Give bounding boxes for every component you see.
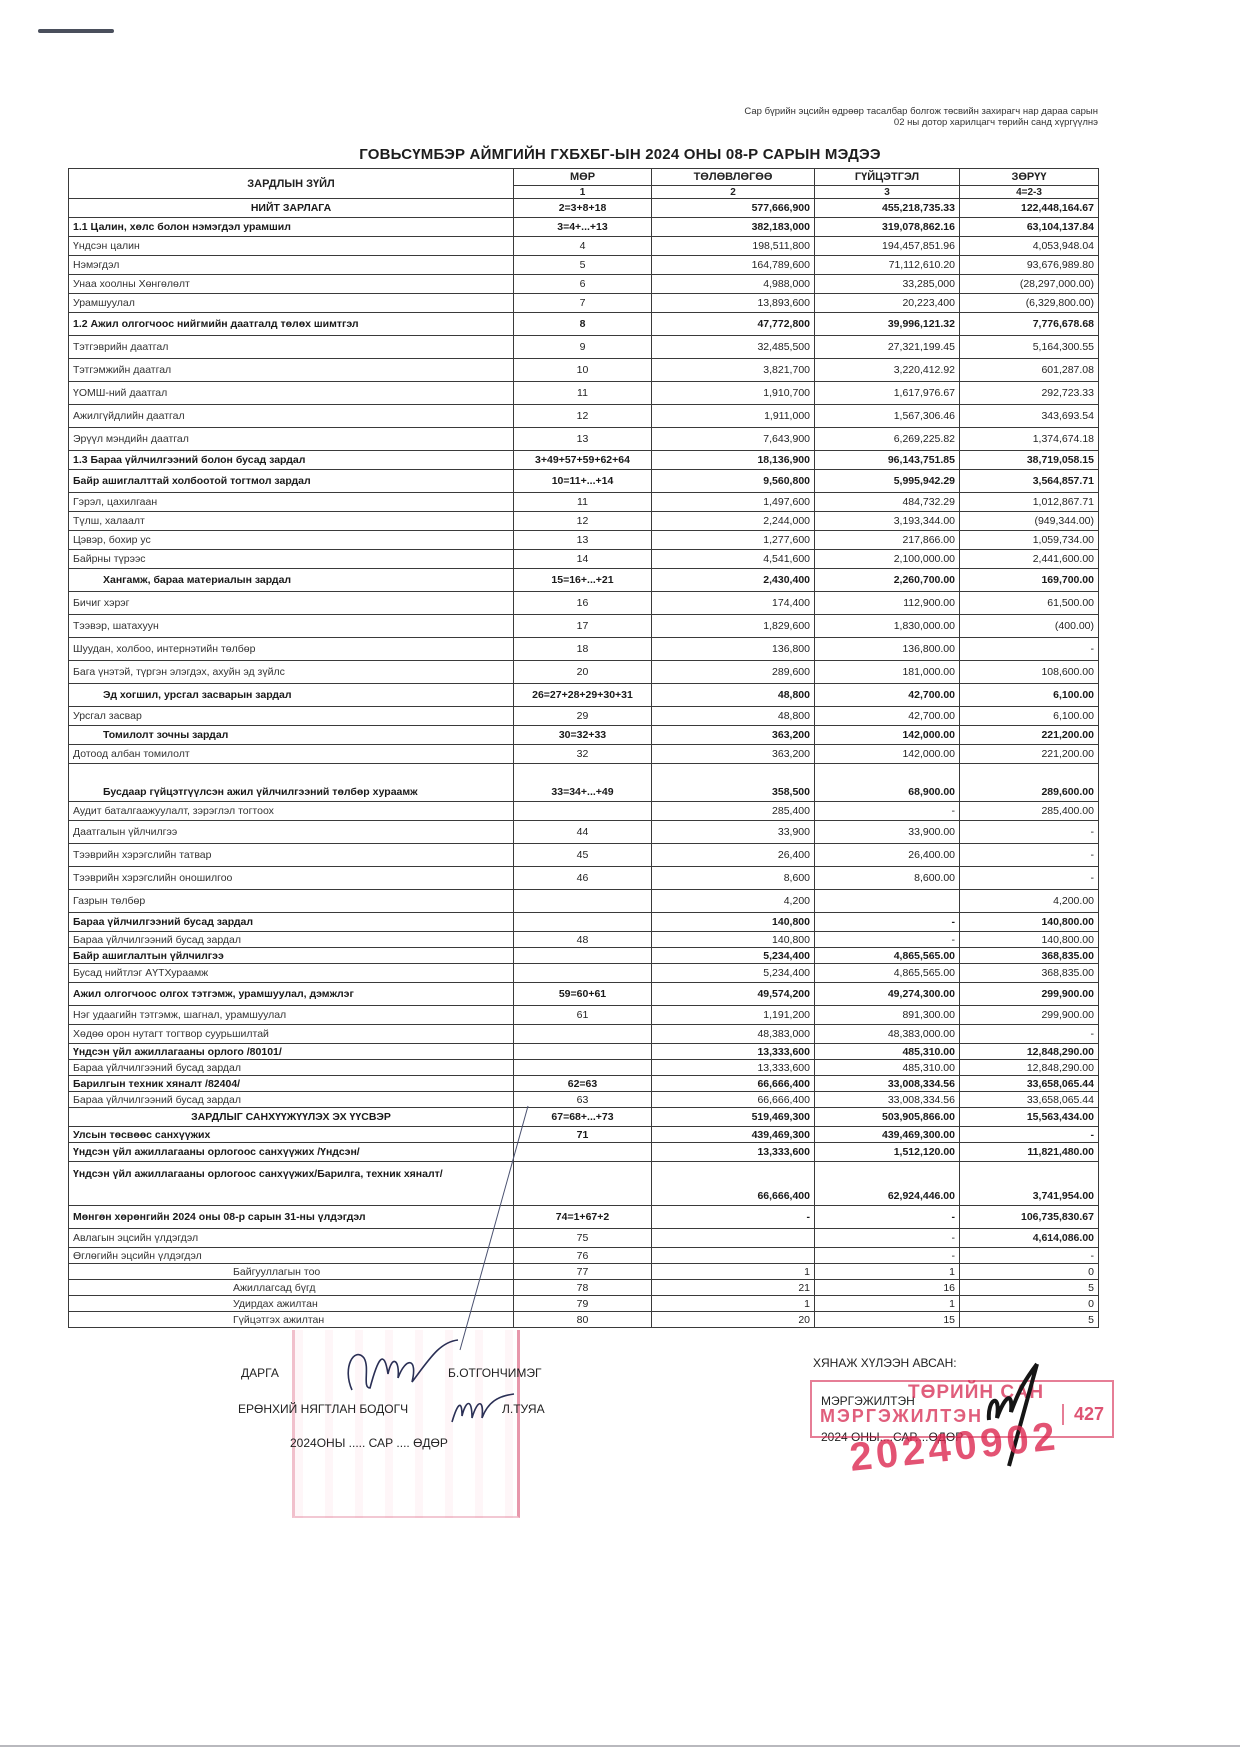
expense-item-cell: Түлш, халаалт: [69, 512, 514, 531]
expense-item-cell: Үндсэн үйл ажиллагааны орлогоос санхүүжи…: [69, 1143, 514, 1162]
row-code-cell: 6: [514, 275, 652, 294]
table-row: Хангамж, бараа материалын зардал15=16+..…: [69, 569, 1099, 592]
row-code-cell: 10=11+...+14: [514, 470, 652, 493]
column-number-1: 1: [514, 186, 652, 199]
note-line-1: Сар бүрийн эцсийн өдрөөр тасалбар болгож…: [744, 106, 1098, 117]
table-row: 1.1 Цалин, хөлс болон нэмэгдэл урамшил3=…: [69, 218, 1099, 237]
plan-cell: 285,400: [652, 802, 815, 821]
column-header-difference: ЗӨРҮҮ: [960, 169, 1099, 186]
plan-cell: [652, 1229, 815, 1248]
difference-cell: 0: [960, 1296, 1099, 1312]
expense-item-cell: Тэтгэврийн даатгал: [69, 336, 514, 359]
difference-cell: 108,600.00: [960, 661, 1099, 684]
row-code-cell: [514, 964, 652, 983]
plan-cell: 5,234,400: [652, 964, 815, 983]
actual-cell: 27,321,199.45: [815, 336, 960, 359]
actual-cell: 142,000.00: [815, 726, 960, 745]
actual-cell: -: [815, 802, 960, 821]
plan-cell: 48,383,000: [652, 1025, 815, 1044]
column-header-row: МӨР: [514, 169, 652, 186]
table-row: Томилолт зочны зардал30=32+33363,200142,…: [69, 726, 1099, 745]
plan-cell: 13,333,600: [652, 1060, 815, 1076]
actual-cell: 1,617,976.67: [815, 382, 960, 405]
column-number-3: 3: [815, 186, 960, 199]
table-row: Ажиллагсад бүгд7821165: [69, 1280, 1099, 1296]
table-row: Аудит баталгаажуулалт, зэрэглэл тогтоох2…: [69, 802, 1099, 821]
table-row: ҮОМШ-ний даатгал111,910,7001,617,976.672…: [69, 382, 1099, 405]
expense-item-cell: Байрны түрээс: [69, 550, 514, 569]
difference-cell: 221,200.00: [960, 745, 1099, 764]
expense-item-cell: Барилгын техник хяналт /82404/: [69, 1076, 514, 1092]
table-row: Нэмэгдэл5164,789,60071,112,610.2093,676,…: [69, 256, 1099, 275]
actual-cell: [815, 890, 960, 913]
difference-cell: (28,297,000.00): [960, 275, 1099, 294]
table-row: Байр ашиглалттай холбоотой тогтмол зарда…: [69, 470, 1099, 493]
column-header-plan: ТӨЛӨВЛӨГӨӨ: [652, 169, 815, 186]
difference-cell: 106,735,830.67: [960, 1206, 1099, 1229]
table-row: Хөдөө орон нутагт тогтвор суурьшилтай48,…: [69, 1025, 1099, 1044]
expense-item-cell: Бусад нийтлэг АҮТХураамж: [69, 964, 514, 983]
plan-cell: 2,430,400: [652, 569, 815, 592]
plan-cell: 1,191,200: [652, 1006, 815, 1025]
plan-cell: -: [652, 1206, 815, 1229]
difference-cell: 285,400.00: [960, 802, 1099, 821]
table-row: Эд хогшил, урсгал засварын зардал26=27+2…: [69, 684, 1099, 707]
table-row: Шуудан, холбоо, интернэтийн төлбөр18136,…: [69, 638, 1099, 661]
expense-item-cell: Авлагын эцсийн үлдэгдэл: [69, 1229, 514, 1248]
difference-cell: (949,344.00): [960, 512, 1099, 531]
plan-cell: 26,400: [652, 844, 815, 867]
difference-cell: 4,200.00: [960, 890, 1099, 913]
expense-item-cell: Байгууллагын тоо: [69, 1264, 514, 1280]
difference-cell: 0: [960, 1264, 1099, 1280]
plan-cell: 164,789,600: [652, 256, 815, 275]
row-code-cell: [514, 948, 652, 964]
difference-cell: 289,600.00: [960, 764, 1099, 802]
expense-item-cell: 1.2 Ажил олгогчоос нийгмийн даатгалд төл…: [69, 313, 514, 336]
plan-cell: 13,333,600: [652, 1044, 815, 1060]
expense-item-cell: Урсгал засвар: [69, 707, 514, 726]
actual-cell: 194,457,851.96: [815, 237, 960, 256]
difference-cell: 5,164,300.55: [960, 336, 1099, 359]
expense-item-cell: Унаа хоолны Хөнгөлөлт: [69, 275, 514, 294]
table-row: Мөнгөн хөрөнгийн 2024 оны 08-р сарын 31-…: [69, 1206, 1099, 1229]
director-title: ДАРГА: [241, 1366, 279, 1380]
row-code-cell: 17: [514, 615, 652, 638]
difference-cell: 3,564,857.71: [960, 470, 1099, 493]
expense-item-cell: Эд хогшил, урсгал засварын зардал: [69, 684, 514, 707]
difference-cell: (400.00): [960, 615, 1099, 638]
table-row: Байр ашиглалтын үйлчилгээ5,234,4004,865,…: [69, 948, 1099, 964]
plan-cell: 47,772,800: [652, 313, 815, 336]
difference-cell: 1,012,867.71: [960, 493, 1099, 512]
actual-cell: 142,000.00: [815, 745, 960, 764]
actual-cell: 319,078,862.16: [815, 218, 960, 237]
table-row: 1.2 Ажил олгогчоос нийгмийн даатгалд төл…: [69, 313, 1099, 336]
note-line-2: 02 ны дотор харилцагч төрийн санд хүргүү…: [744, 117, 1098, 128]
plan-cell: 439,469,300: [652, 1127, 815, 1143]
plan-cell: 289,600: [652, 661, 815, 684]
received-label: ХЯНАЖ ХҮЛЭЭН АВСАН:: [813, 1356, 957, 1370]
actual-cell: 3,220,412.92: [815, 359, 960, 382]
actual-cell: 42,700.00: [815, 707, 960, 726]
expense-item-cell: Нэг удаагийн тэтгэмж, шагнал, урамшуулал: [69, 1006, 514, 1025]
column-header-actual: ГҮЙЦЭТГЭЛ: [815, 169, 960, 186]
table-header-row: ЗАРДЛЫН ЗҮЙЛ МӨР ТӨЛӨВЛӨГӨӨ ГҮЙЦЭТГЭЛ ЗӨ…: [69, 169, 1099, 186]
scan-mark: [38, 29, 114, 33]
row-code-cell: 9: [514, 336, 652, 359]
difference-cell: 5: [960, 1280, 1099, 1296]
actual-cell: -: [815, 913, 960, 932]
signature-date-line: 2024ОНЫ ..... САР .... ӨДӨР: [290, 1436, 448, 1450]
plan-cell: 1,910,700: [652, 382, 815, 405]
plan-cell: 48,800: [652, 707, 815, 726]
plan-cell: 18,136,900: [652, 451, 815, 470]
table-row: Бараа үйлчилгээний бусад зардал48140,800…: [69, 932, 1099, 948]
difference-cell: 5: [960, 1312, 1099, 1328]
difference-cell: 15,563,434.00: [960, 1108, 1099, 1127]
plan-cell: 363,200: [652, 726, 815, 745]
difference-cell: 7,776,678.68: [960, 313, 1099, 336]
table-row: Үндсэн цалин4198,511,800194,457,851.964,…: [69, 237, 1099, 256]
table-row: Тэтгэмжийн даатгал103,821,7003,220,412.9…: [69, 359, 1099, 382]
actual-cell: 33,008,334.56: [815, 1076, 960, 1092]
table-row: Тэтгэврийн даатгал932,485,50027,321,199.…: [69, 336, 1099, 359]
table-row: Барилгын техник хяналт /82404/62=6366,66…: [69, 1076, 1099, 1092]
expense-item-cell: Урамшуулал: [69, 294, 514, 313]
plan-cell: 66,666,400: [652, 1076, 815, 1092]
plan-cell: 198,511,800: [652, 237, 815, 256]
plan-cell: 48,800: [652, 684, 815, 707]
table-row: Авлагын эцсийн үлдэгдэл75-4,614,086.00: [69, 1229, 1099, 1248]
expense-item-cell: Удирдах ажилтан: [69, 1296, 514, 1312]
difference-cell: -: [960, 1248, 1099, 1264]
expense-item-cell: Хангамж, бараа материалын зардал: [69, 569, 514, 592]
expense-item-cell: Шуудан, холбоо, интернэтийн төлбөр: [69, 638, 514, 661]
row-code-cell: 10: [514, 359, 652, 382]
table-row: Үндсэн үйл ажиллагааны орлогоос санхүүжи…: [69, 1143, 1099, 1162]
plan-cell: 4,200: [652, 890, 815, 913]
table-row: Бараа үйлчилгээний бусад зардал13,333,60…: [69, 1060, 1099, 1076]
row-code-cell: 4: [514, 237, 652, 256]
plan-cell: 1,911,000: [652, 405, 815, 428]
actual-cell: 49,274,300.00: [815, 983, 960, 1006]
actual-cell: 112,900.00: [815, 592, 960, 615]
actual-cell: -: [815, 932, 960, 948]
plan-cell: 363,200: [652, 745, 815, 764]
plan-cell: 519,469,300: [652, 1108, 815, 1127]
difference-cell: 221,200.00: [960, 726, 1099, 745]
expense-item-cell: Гэрэл, цахилгаан: [69, 493, 514, 512]
table-row: Ажилгүйдлийн даатгал121,911,0001,567,306…: [69, 405, 1099, 428]
expense-item-cell: Бараа үйлчилгээний бусад зардал: [69, 913, 514, 932]
actual-cell: 96,143,751.85: [815, 451, 960, 470]
difference-cell: 140,800.00: [960, 913, 1099, 932]
expense-item-cell: Томилолт зочны зардал: [69, 726, 514, 745]
difference-cell: 12,848,290.00: [960, 1044, 1099, 1060]
plan-cell: 32,485,500: [652, 336, 815, 359]
difference-cell: 3,741,954.00: [960, 1162, 1099, 1206]
table-row: Унаа хоолны Хөнгөлөлт64,988,00033,285,00…: [69, 275, 1099, 294]
table-row: НИЙТ ЗАРЛАГА2=3+8+18577,666,900455,218,7…: [69, 199, 1099, 218]
difference-cell: 299,900.00: [960, 1006, 1099, 1025]
submission-note: Сар бүрийн эцсийн өдрөөр тасалбар болгож…: [744, 106, 1098, 128]
actual-cell: 5,995,942.29: [815, 470, 960, 493]
row-code-cell: 8: [514, 313, 652, 336]
table-row: Бусдаар гүйцэтгүүлсэн ажил үйлчилгээний …: [69, 764, 1099, 802]
difference-cell: (6,329,800.00): [960, 294, 1099, 313]
row-code-cell: 32: [514, 745, 652, 764]
expense-item-cell: Байр ашиглалттай холбоотой тогтмол зарда…: [69, 470, 514, 493]
plan-cell: 20: [652, 1312, 815, 1328]
actual-cell: 1: [815, 1296, 960, 1312]
table-row: Байрны түрээс144,541,6002,100,000.002,44…: [69, 550, 1099, 569]
plan-cell: 1: [652, 1296, 815, 1312]
page-title: ГОВЬСҮМБЭР АЙМГИЙН ГХБХБГ-ЫН 2024 ОНЫ 08…: [0, 146, 1240, 163]
column-number-4: 4=2-3: [960, 186, 1099, 199]
plan-cell: 33,900: [652, 821, 815, 844]
table-row: Байгууллагын тоо77110: [69, 1264, 1099, 1280]
difference-cell: 38,719,058.15: [960, 451, 1099, 470]
expense-item-cell: Тээврийн хэрэгслийн оношилгоо: [69, 867, 514, 890]
plan-cell: 1,497,600: [652, 493, 815, 512]
actual-cell: 20,223,400: [815, 294, 960, 313]
expense-item-cell: Улсын төсвөөс санхүүжих: [69, 1127, 514, 1143]
expense-item-cell: ҮОМШ-ний даатгал: [69, 382, 514, 405]
expense-item-cell: Тээвэр, шатахуун: [69, 615, 514, 638]
row-code-cell: 48: [514, 932, 652, 948]
difference-cell: 368,835.00: [960, 964, 1099, 983]
row-code-cell: 3+49+57+59+62+64: [514, 451, 652, 470]
difference-cell: 63,104,137.84: [960, 218, 1099, 237]
difference-cell: 2,441,600.00: [960, 550, 1099, 569]
difference-cell: 33,658,065.44: [960, 1076, 1099, 1092]
row-code-cell: [514, 1060, 652, 1076]
actual-cell: 62,924,446.00: [815, 1162, 960, 1206]
expense-item-cell: Бараа үйлчилгээний бусад зардал: [69, 1092, 514, 1108]
plan-cell: 358,500: [652, 764, 815, 802]
expense-item-cell: Эрүүл мэндийн даатгал: [69, 428, 514, 451]
actual-cell: 42,700.00: [815, 684, 960, 707]
row-code-cell: 14: [514, 550, 652, 569]
actual-cell: 2,100,000.00: [815, 550, 960, 569]
accountant-signature-icon: [448, 1392, 518, 1426]
difference-cell: 93,676,989.80: [960, 256, 1099, 275]
expense-item-cell: Өглөгийн эцсийн үлдэгдэл: [69, 1248, 514, 1264]
expense-item-cell: 1.1 Цалин, хөлс болон нэмэгдэл урамшил: [69, 218, 514, 237]
actual-cell: 3,193,344.00: [815, 512, 960, 531]
expense-item-cell: Бараа үйлчилгээний бусад зардал: [69, 1060, 514, 1076]
table-row: Бараа үйлчилгээний бусад зардал6366,666,…: [69, 1092, 1099, 1108]
plan-cell: 5,234,400: [652, 948, 815, 964]
difference-cell: 122,448,164.67: [960, 199, 1099, 218]
expense-item-cell: НИЙТ ЗАРЛАГА: [69, 199, 514, 218]
plan-cell: 8,600: [652, 867, 815, 890]
table-row: Эрүүл мэндийн даатгал137,643,9006,269,22…: [69, 428, 1099, 451]
row-code-cell: 12: [514, 512, 652, 531]
plan-cell: 9,560,800: [652, 470, 815, 493]
row-code-cell: 15=16+...+21: [514, 569, 652, 592]
difference-cell: -: [960, 1127, 1099, 1143]
plan-cell: 382,183,000: [652, 218, 815, 237]
table-row: Газрын төлбөр4,2004,200.00: [69, 890, 1099, 913]
row-code-cell: 18: [514, 638, 652, 661]
row-code-cell: 61: [514, 1006, 652, 1025]
row-code-cell: [514, 1044, 652, 1060]
pen-stroke: [450, 1100, 540, 1360]
table-row: Гүйцэтгэх ажилтан8020155: [69, 1312, 1099, 1328]
table-row: Бага үнэтэй, түргэн элэгдэх, ахуйн эд зү…: [69, 661, 1099, 684]
difference-cell: 292,723.33: [960, 382, 1099, 405]
row-code-cell: 13: [514, 531, 652, 550]
expense-item-cell: Нэмэгдэл: [69, 256, 514, 275]
actual-cell: 1,567,306.46: [815, 405, 960, 428]
actual-cell: 1: [815, 1264, 960, 1280]
expense-item-cell: Үндсэн цалин: [69, 237, 514, 256]
row-code-cell: 46: [514, 867, 652, 890]
difference-cell: 343,693.54: [960, 405, 1099, 428]
difference-cell: -: [960, 867, 1099, 890]
column-header-expense-item: ЗАРДЛЫН ЗҮЙЛ: [69, 169, 514, 199]
row-code-cell: 26=27+28+29+30+31: [514, 684, 652, 707]
row-code-cell: 20: [514, 661, 652, 684]
expense-item-cell: Байр ашиглалтын үйлчилгээ: [69, 948, 514, 964]
table-row: Тээврийн хэрэгслийн татвар4526,40026,400…: [69, 844, 1099, 867]
actual-cell: 503,905,866.00: [815, 1108, 960, 1127]
table-row: Тээвэр, шатахуун171,829,6001,830,000.00(…: [69, 615, 1099, 638]
table-row: Ажил олгогчоос олгох тэтгэмж, урамшуулал…: [69, 983, 1099, 1006]
actual-cell: -: [815, 1206, 960, 1229]
plan-cell: 1,829,600: [652, 615, 815, 638]
expense-item-cell: Бага үнэтэй, түргэн элэгдэх, ахуйн эд зү…: [69, 661, 514, 684]
actual-cell: 33,900.00: [815, 821, 960, 844]
row-code-cell: 16: [514, 592, 652, 615]
expense-item-cell: Үндсэн үйл ажиллагааны орлого /80101/: [69, 1044, 514, 1060]
expense-item-cell: Бараа үйлчилгээний бусад зардал: [69, 932, 514, 948]
actual-cell: -: [815, 1229, 960, 1248]
actual-cell: 217,866.00: [815, 531, 960, 550]
difference-cell: 368,835.00: [960, 948, 1099, 964]
difference-cell: 601,287.08: [960, 359, 1099, 382]
actual-cell: 4,865,565.00: [815, 948, 960, 964]
actual-cell: 71,112,610.20: [815, 256, 960, 275]
row-code-cell: [514, 802, 652, 821]
actual-cell: 485,310.00: [815, 1044, 960, 1060]
plan-cell: 136,800: [652, 638, 815, 661]
row-code-cell: 3=4+...+13: [514, 218, 652, 237]
table-row: Гэрэл, цахилгаан111,497,600484,732.291,0…: [69, 493, 1099, 512]
table-row: Дотоод албан томилолт32363,200142,000.00…: [69, 745, 1099, 764]
plan-cell: 13,893,600: [652, 294, 815, 313]
plan-cell: 577,666,900: [652, 199, 815, 218]
actual-cell: 485,310.00: [815, 1060, 960, 1076]
table-row: Үндсэн үйл ажиллагааны орлогоос санхүүжи…: [69, 1162, 1099, 1206]
table-row: Бараа үйлчилгээний бусад зардал140,800-1…: [69, 913, 1099, 932]
actual-cell: 2,260,700.00: [815, 569, 960, 592]
table-row: 1.3 Бараа үйлчилгээний болон бусад зарда…: [69, 451, 1099, 470]
row-code-cell: 59=60+61: [514, 983, 652, 1006]
actual-cell: 181,000.00: [815, 661, 960, 684]
actual-cell: 6,269,225.82: [815, 428, 960, 451]
table-row: Удирдах ажилтан79110: [69, 1296, 1099, 1312]
expense-item-cell: Хөдөө орон нутагт тогтвор суурьшилтай: [69, 1025, 514, 1044]
table-row: Түлш, халаалт122,244,0003,193,344.00(949…: [69, 512, 1099, 531]
expense-item-cell: Тэтгэмжийн даатгал: [69, 359, 514, 382]
actual-cell: 439,469,300.00: [815, 1127, 960, 1143]
expense-item-cell: Гүйцэтгэх ажилтан: [69, 1312, 514, 1328]
table-row: Тээврийн хэрэгслийн оношилгоо468,6008,60…: [69, 867, 1099, 890]
table-row: Үндсэн үйл ажиллагааны орлого /80101/13,…: [69, 1044, 1099, 1060]
row-code-cell: 2=3+8+18: [514, 199, 652, 218]
difference-cell: 6,100.00: [960, 684, 1099, 707]
difference-cell: -: [960, 638, 1099, 661]
plan-cell: 13,333,600: [652, 1143, 815, 1162]
difference-cell: 11,821,480.00: [960, 1143, 1099, 1162]
plan-cell: 3,821,700: [652, 359, 815, 382]
plan-cell: 1: [652, 1264, 815, 1280]
difference-cell: 4,053,948.04: [960, 237, 1099, 256]
plan-cell: 4,988,000: [652, 275, 815, 294]
difference-cell: 61,500.00: [960, 592, 1099, 615]
difference-cell: 169,700.00: [960, 569, 1099, 592]
row-code-cell: 11: [514, 493, 652, 512]
actual-cell: 891,300.00: [815, 1006, 960, 1025]
expense-item-cell: Үндсэн үйл ажиллагааны орлогоос санхүүжи…: [69, 1162, 514, 1206]
row-code-cell: 44: [514, 821, 652, 844]
table-row: Өглөгийн эцсийн үлдэгдэл76--: [69, 1248, 1099, 1264]
actual-cell: 68,900.00: [815, 764, 960, 802]
expense-item-cell: Бичиг хэрэг: [69, 592, 514, 615]
expense-item-cell: Цэвэр, бохир ус: [69, 531, 514, 550]
plan-cell: 7,643,900: [652, 428, 815, 451]
actual-cell: 26,400.00: [815, 844, 960, 867]
table-row: Улсын төсвөөс санхүүжих71439,469,300439,…: [69, 1127, 1099, 1143]
plan-cell: 1,277,600: [652, 531, 815, 550]
table-body: НИЙТ ЗАРЛАГА2=3+8+18577,666,900455,218,7…: [69, 199, 1099, 1328]
actual-cell: 136,800.00: [815, 638, 960, 661]
table-row: Даатгалын үйлчилгээ4433,90033,900.00-: [69, 821, 1099, 844]
actual-cell: 48,383,000.00: [815, 1025, 960, 1044]
expense-item-cell: Бусдаар гүйцэтгүүлсэн ажил үйлчилгээний …: [69, 764, 514, 802]
actual-cell: 455,218,735.33: [815, 199, 960, 218]
row-code-cell: 12: [514, 405, 652, 428]
actual-cell: 8,600.00: [815, 867, 960, 890]
actual-cell: 33,285,000: [815, 275, 960, 294]
row-code-cell: 5: [514, 256, 652, 275]
difference-cell: -: [960, 844, 1099, 867]
row-code-cell: [514, 1025, 652, 1044]
row-code-cell: 33=34+...+49: [514, 764, 652, 802]
expense-item-cell: ЗАРДЛЫГ САНХҮҮЖҮҮЛЭХ ЭХ ҮҮСВЭР: [69, 1108, 514, 1127]
table-row: Урамшуулал713,893,60020,223,400(6,329,80…: [69, 294, 1099, 313]
row-code-cell: 45: [514, 844, 652, 867]
row-code-cell: 11: [514, 382, 652, 405]
difference-cell: 12,848,290.00: [960, 1060, 1099, 1076]
expense-item-cell: Даатгалын үйлчилгээ: [69, 821, 514, 844]
plan-cell: 66,666,400: [652, 1092, 815, 1108]
page-bottom-edge: [0, 1745, 1240, 1747]
difference-cell: 299,900.00: [960, 983, 1099, 1006]
difference-cell: 6,100.00: [960, 707, 1099, 726]
treasury-stamp-number: 427: [1062, 1404, 1104, 1425]
plan-cell: 140,800: [652, 932, 815, 948]
actual-cell: 15: [815, 1312, 960, 1328]
table-row: Нэг удаагийн тэтгэмж, шагнал, урамшуулал…: [69, 1006, 1099, 1025]
difference-cell: 140,800.00: [960, 932, 1099, 948]
row-code-cell: 29: [514, 707, 652, 726]
row-code-cell: 62=63: [514, 1076, 652, 1092]
table-row: Бусад нийтлэг АҮТХураамж5,234,4004,865,5…: [69, 964, 1099, 983]
